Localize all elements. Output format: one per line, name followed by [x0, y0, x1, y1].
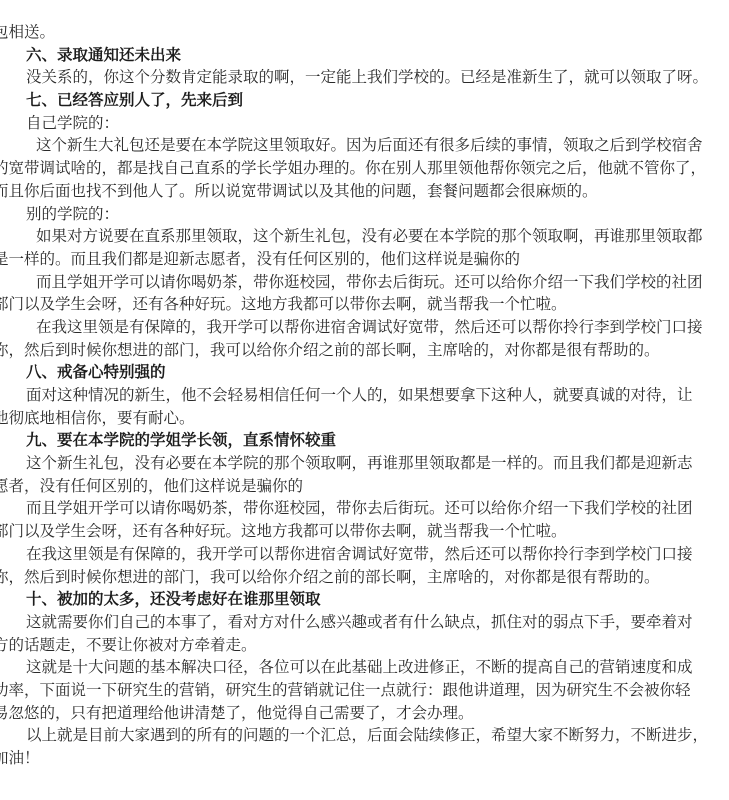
- text-line: 在我这里领是有保障的，我开学可以帮你进宿舍调试好宽带，然后还可以帮你拎行李到学校…: [0, 544, 729, 567]
- text-line: 这就需要你们自己的本事了，看对方对什么感兴趣或者有什么缺点，抓住对的弱点下手，要…: [0, 612, 729, 635]
- text-line: 功率，下面说一下研究生的营销，研究生的营销就记住一点就行：跟他讲道理，因为研究生…: [0, 680, 729, 703]
- text-line: 这就是十大问题的基本解决口径，各位可以在此基础上改进修正，不断的提高自己的营销速…: [0, 657, 729, 680]
- text-line: 自己学院的：: [0, 113, 729, 136]
- text-line: 面对这种情况的新生，他不会轻易相信任何一个人的，如果想要拿下这种人，就要真诚的对…: [0, 385, 729, 408]
- text-line: 部门以及学生会呀，还有各种好玩。这地方我都可以带你去啊，就当帮我一个忙啦。: [0, 521, 729, 544]
- text-line: 愿者，没有任何区别的，他们这样说是骗你的: [0, 476, 729, 499]
- text-line: 而且你后面也找不到他人了。所以说宽带调试以及其他的问题，套餐问题都会很麻烦的。: [0, 181, 729, 204]
- text-line: 以上就是目前大家遇到的所有的问题的一个汇总，后面会陆续修正，希望大家不断努力，不…: [0, 725, 729, 748]
- text-line: 别的学院的：: [0, 204, 729, 227]
- section-heading: 八、戒备心特别强的: [0, 362, 729, 385]
- text-line: 你，然后到时候你想进的部门，我可以给你介绍之前的部长啊，主席啥的，对你都是很有帮…: [0, 567, 729, 590]
- text-line: 加油！: [0, 748, 729, 771]
- text-line: 这个新生礼包，没有必要在本学院的那个领取啊，再谁那里领取都是一样的。而且我们都是…: [0, 453, 729, 476]
- document-page: 包相送。六、录取通知还未出来没关系的，你这个分数肯定能录取的啊，一定能上我们学校…: [0, 0, 729, 800]
- section-heading: 六、录取通知还未出来: [0, 45, 729, 68]
- text-line: 他彻底地相信你，要有耐心。: [0, 408, 729, 431]
- text-line: 你，然后到时候你想进的部门，我可以给你介绍之前的部长啊，主席啥的，对你都是很有帮…: [0, 340, 729, 363]
- text-line: 方的话题走，不要让你被对方牵着走。: [0, 635, 729, 658]
- text-line: 这个新生大礼包还是要在本学院这里领取好。因为后面还有很多后续的事情，领取之后到学…: [0, 135, 729, 158]
- text-line: 的宽带调试啥的，都是找自己直系的学长学姐办理的。你在别人那里领他帮你领完之后，他…: [0, 158, 729, 181]
- document-text: 包相送。六、录取通知还未出来没关系的，你这个分数肯定能录取的啊，一定能上我们学校…: [0, 22, 729, 771]
- text-line: 部门以及学生会呀，还有各种好玩。这地方我都可以带你去啊，就当帮我一个忙啦。: [0, 294, 729, 317]
- section-heading: 七、已经答应别人了，先来后到: [0, 90, 729, 113]
- text-line: 没关系的，你这个分数肯定能录取的啊，一定能上我们学校的。已经是准新生了，就可以领…: [0, 67, 729, 90]
- section-heading: 九、要在本学院的学姐学长领，直系情怀较重: [0, 430, 729, 453]
- text-line: 易忽悠的，只有把道理给他讲清楚了，他觉得自己需要了，才会办理。: [0, 703, 729, 726]
- text-line: 包相送。: [0, 22, 729, 45]
- text-line: 是一样的。而且我们都是迎新志愿者，没有任何区别的，他们这样说是骗你的: [0, 249, 729, 272]
- section-heading: 十、被加的太多，还没考虑好在谁那里领取: [0, 589, 729, 612]
- text-line: 在我这里领是有保障的，我开学可以帮你进宿舍调试好宽带，然后还可以帮你拎行李到学校…: [0, 317, 729, 340]
- text-line: 而且学姐开学可以请你喝奶茶，带你逛校园，带你去后街玩。还可以给你介绍一下我们学校…: [0, 498, 729, 521]
- text-line: 如果对方说要在直系那里领取，这个新生礼包，没有必要在本学院的那个领取啊，再谁那里…: [0, 226, 729, 249]
- text-line: 而且学姐开学可以请你喝奶茶，带你逛校园，带你去后街玩。还可以给你介绍一下我们学校…: [0, 272, 729, 295]
